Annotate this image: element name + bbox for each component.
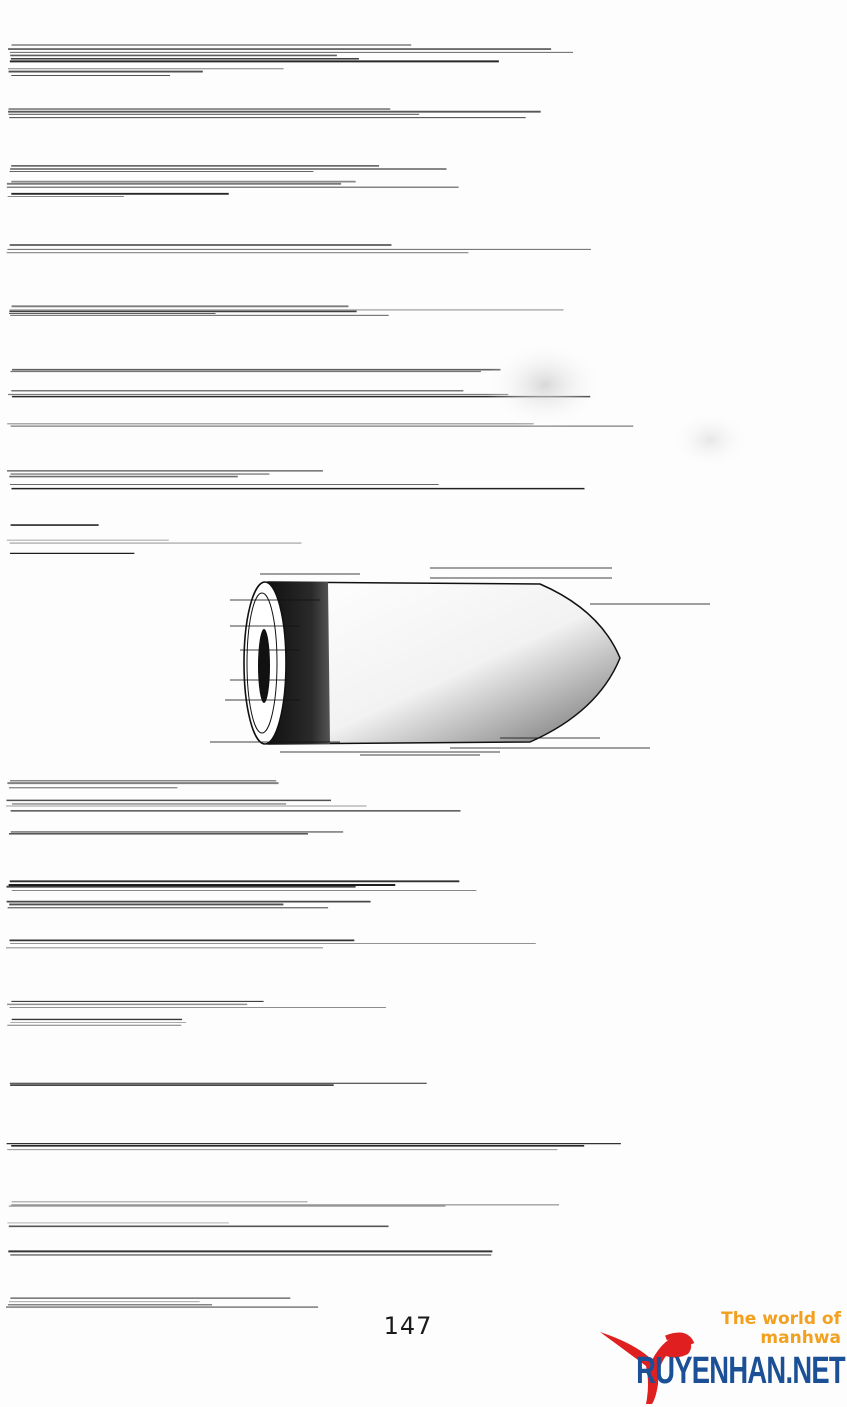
ink-smudge — [485, 340, 605, 430]
speed-lines-artwork — [0, 0, 847, 1407]
manga-page: 147 The world of manhwa RUYENHAN.NET — [0, 0, 847, 1407]
bullet-illustration — [244, 582, 620, 744]
watermark-tagline-1: The world of — [721, 1309, 841, 1329]
watermark-tagline-2: manhwa — [760, 1328, 841, 1348]
watermark-site-name: RUYENHAN.NET — [636, 1350, 845, 1393]
site-watermark-logo: The world of manhwa RUYENHAN.NET — [596, 1306, 847, 1407]
page-number: 147 — [378, 1312, 438, 1340]
